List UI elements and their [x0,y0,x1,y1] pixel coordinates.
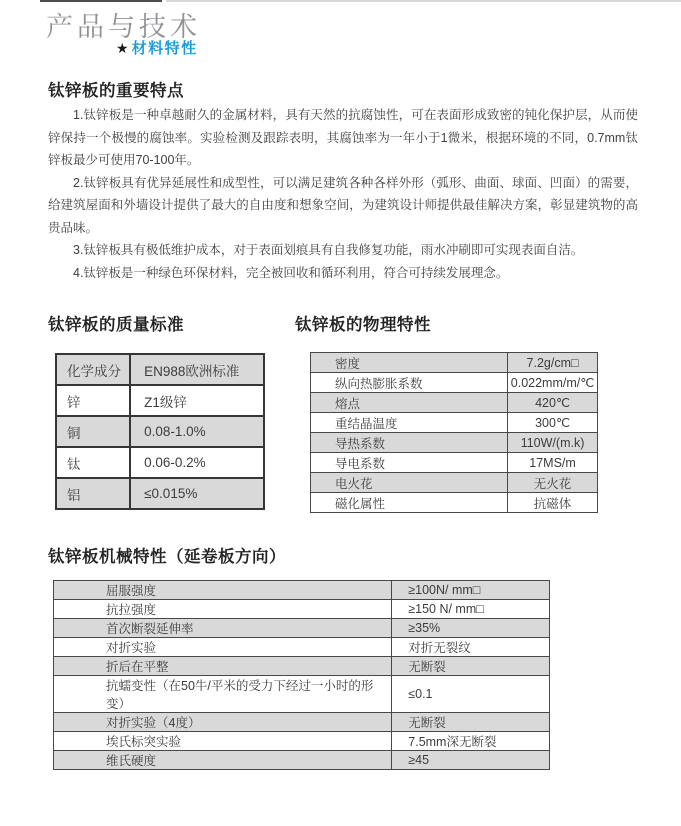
physical-value: 110W/(m.k) [508,433,598,453]
physical-properties-table: 密度 7.2g/cm□ 纵向热膨胀系数 0.022mm/m/℃ 熔点 420℃ … [310,352,598,513]
quality-label: 铝 [56,478,130,509]
mechanical-value: ≤0.1 [392,676,550,713]
header-rule-dark [40,0,162,2]
mechanical-label: 维氏硬度 [54,751,392,770]
table-row: 对折实验 对折无裂纹 [54,638,550,657]
table-row: 折后在平整 无断裂 [54,657,550,676]
feature-paragraph-2: 2.钛锌板具有优异延展性和成型性，可以满足建筑各种各样外形（弧形、曲面、球面、凹… [48,172,638,240]
feature-paragraph-4: 4.钛锌板是一种绿色环保材料，完全被回收和循环利用，符合可持续发展理念。 [48,262,638,285]
section-title-mechanical: 钛锌板机械特性（延卷板方向） [48,543,286,567]
quality-value: 0.08-1.0% [130,416,264,447]
table-row: 熔点 420℃ [311,393,598,413]
mechanical-label: 首次断裂延伸率 [54,619,392,638]
section-title-physical: 钛锌板的物理特性 [295,311,431,335]
mechanical-properties-table: 屈服强度 ≥100N/ mm□ 抗拉强度 ≥150 N/ mm□ 首次断裂延伸率… [53,580,550,770]
table-row: 对折实验（4度） 无断裂 [54,713,550,732]
section-title-features: 钛锌板的重要特点 [48,77,184,101]
mechanical-value: 对折无裂纹 [392,638,550,657]
mechanical-value: ≥45 [392,751,550,770]
mechanical-label: 抗拉强度 [54,600,392,619]
table-row: 铜 0.08-1.0% [56,416,264,447]
page-subtitle-label: 材料特性 [132,37,198,58]
mechanical-label: 抗蠕变性（在50牛/平米的受力下经过一小时的形变） [54,676,392,713]
quality-value: EN988欧洲标准 [130,354,264,385]
physical-value: 17MS/m [508,453,598,473]
quality-value: 0.06-0.2% [130,447,264,478]
page-subtitle: ★ 材料特性 [116,37,198,58]
physical-label: 密度 [311,353,508,373]
table-row: 抗拉强度 ≥150 N/ mm□ [54,600,550,619]
header-rule-light [166,0,681,2]
quality-value: ≤0.015% [130,478,264,509]
table-row: 重结晶温度 300℃ [311,413,598,433]
table-row: 化学成分 EN988欧洲标准 [56,354,264,385]
mechanical-value: 无断裂 [392,713,550,732]
table-row: 磁化属性 抗磁体 [311,493,598,513]
table-row: 首次断裂延伸率 ≥35% [54,619,550,638]
physical-value: 抗磁体 [508,493,598,513]
physical-value: 7.2g/cm□ [508,353,598,373]
physical-value: 300℃ [508,413,598,433]
table-row: 抗蠕变性（在50牛/平米的受力下经过一小时的形变） ≤0.1 [54,676,550,713]
feature-paragraph-3: 3.钛锌板具有极低维护成本，对于表面划痕具有自我修复功能，雨水冲刷即可实现表面自… [48,239,638,262]
table-row: 铝 ≤0.015% [56,478,264,509]
table-row: 导电系数 17MS/m [311,453,598,473]
table-row: 密度 7.2g/cm□ [311,353,598,373]
physical-value: 0.022mm/m/℃ [508,373,598,393]
table-row: 屈服强度 ≥100N/ mm□ [54,581,550,600]
physical-label: 重结晶温度 [311,413,508,433]
document-page: 产品与技术 ★ 材料特性 钛锌板的重要特点 1.钛锌板是一种卓越耐久的金属材料，… [0,0,681,826]
mechanical-value: 无断裂 [392,657,550,676]
mechanical-label: 对折实验 [54,638,392,657]
table-row: 锌 Z1级锌 [56,385,264,416]
mechanical-value: 7.5mm深无断裂 [392,732,550,751]
table-row: 纵向热膨胀系数 0.022mm/m/℃ [311,373,598,393]
physical-label: 熔点 [311,393,508,413]
physical-value: 无火花 [508,473,598,493]
mechanical-label: 埃氏标突实验 [54,732,392,751]
physical-value: 420℃ [508,393,598,413]
physical-label: 磁化属性 [311,493,508,513]
quality-label: 化学成分 [56,354,130,385]
physical-label: 电火花 [311,473,508,493]
mechanical-value: ≥35% [392,619,550,638]
table-row: 电火花 无火花 [311,473,598,493]
table-row: 导热系数 110W/(m.k) [311,433,598,453]
mechanical-label: 折后在平整 [54,657,392,676]
mechanical-value: ≥100N/ mm□ [392,581,550,600]
table-row: 维氏硬度 ≥45 [54,751,550,770]
quality-value: Z1级锌 [130,385,264,416]
mechanical-value: ≥150 N/ mm□ [392,600,550,619]
physical-label: 导电系数 [311,453,508,473]
table-row: 钛 0.06-0.2% [56,447,264,478]
quality-label: 钛 [56,447,130,478]
quality-label: 铜 [56,416,130,447]
mechanical-label: 对折实验（4度） [54,713,392,732]
physical-label: 纵向热膨胀系数 [311,373,508,393]
feature-paragraph-1: 1.钛锌板是一种卓越耐久的金属材料，具有天然的抗腐蚀性，可在表面形成致密的钝化保… [48,104,638,172]
star-icon: ★ [116,41,129,55]
table-row: 埃氏标突实验 7.5mm深无断裂 [54,732,550,751]
physical-label: 导热系数 [311,433,508,453]
mechanical-label: 屈服强度 [54,581,392,600]
quality-label: 锌 [56,385,130,416]
quality-standards-table: 化学成分 EN988欧洲标准 锌 Z1级锌 铜 0.08-1.0% 钛 0.06… [55,353,265,510]
section-title-quality: 钛锌板的质量标准 [48,311,184,335]
features-paragraphs: 1.钛锌板是一种卓越耐久的金属材料，具有天然的抗腐蚀性，可在表面形成致密的钝化保… [48,104,638,284]
